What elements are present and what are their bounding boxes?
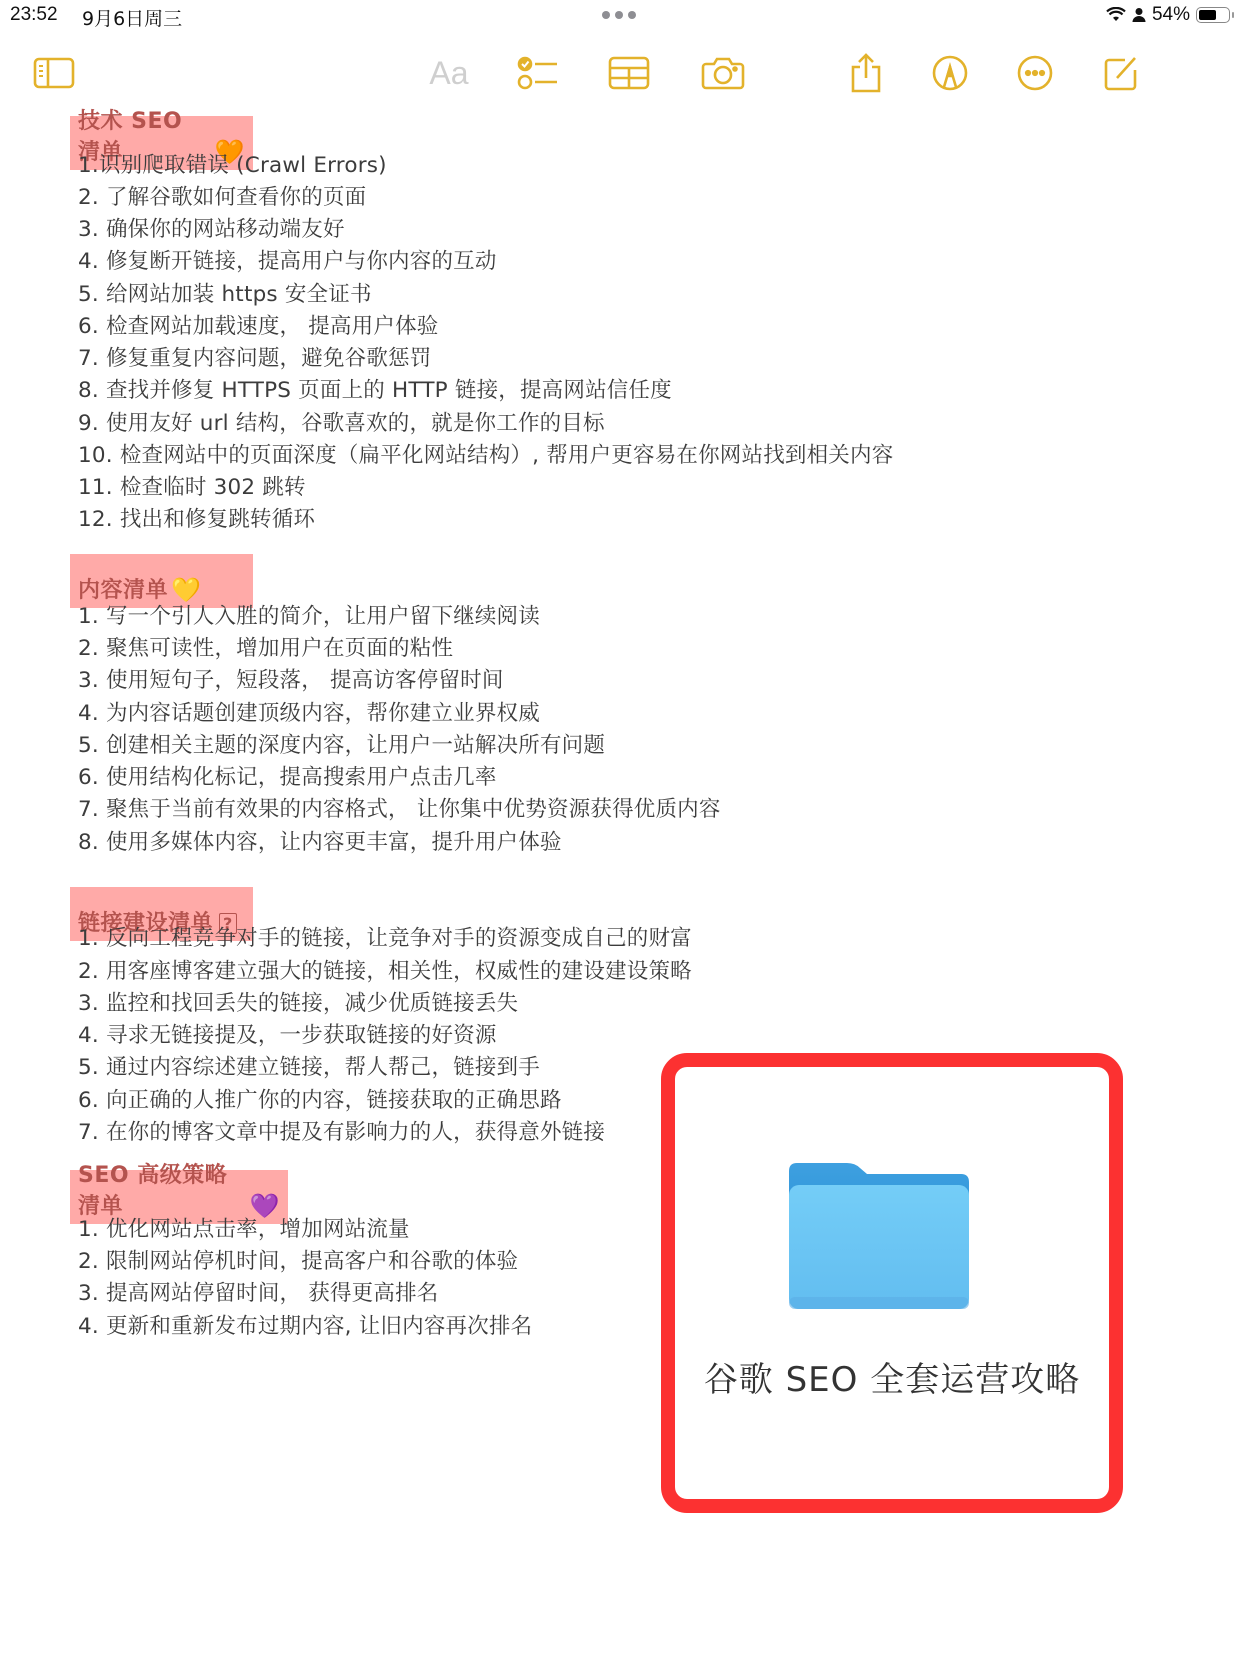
share-icon: [848, 53, 884, 93]
list-item: 12. 找出和修复跳转循环: [78, 504, 315, 536]
status-indicators: 54%: [1106, 4, 1230, 26]
more-button[interactable]: [1010, 48, 1060, 98]
list-item: 4. 更新和重新发布过期内容, 让旧内容再次排名: [78, 1311, 532, 1343]
compose-button[interactable]: [1097, 48, 1147, 98]
list-item: 7. 在你的博客文章中提及有影响力的人，获得意外链接: [78, 1117, 605, 1149]
yellow-heart-icon: 💛: [171, 576, 201, 604]
notes-toolbar: Aa: [0, 48, 1242, 98]
attachment-title: 谷歌 SEO 全套运营攻略: [675, 1352, 1109, 1401]
list-item: 3. 使用短句子，短段落， 提高访客停留时间: [78, 665, 504, 697]
list-item: 2. 了解谷歌如何查看你的页面: [78, 182, 366, 214]
list-item: 4. 修复断开链接，提高用户与你内容的互动: [78, 246, 497, 278]
table-icon: [608, 56, 650, 90]
list-item: 5. 创建相关主题的深度内容，让用户一站解决所有问题: [78, 730, 605, 762]
battery-icon: [1196, 7, 1230, 23]
section-heading-content: 内容清单💛: [70, 554, 253, 608]
multitasking-dots[interactable]: [602, 11, 636, 19]
list-item: 7. 修复重复内容问题，避免谷歌惩罚: [78, 343, 431, 375]
list-item: 4. 寻求无链接提及，一步获取链接的好资源: [78, 1020, 497, 1052]
checklist-icon: [517, 55, 561, 91]
list-item: 5. 通过内容综述建立链接，帮人帮己，链接到手: [78, 1052, 540, 1084]
markup-button[interactable]: [925, 48, 975, 98]
list-item: 4. 为内容话题创建顶级内容，帮你建立业界权威: [78, 698, 540, 730]
pen-tip-icon: [931, 54, 969, 92]
list-item: 9. 使用友好 url 结构，谷歌喜欢的，就是你工作的目标: [78, 408, 605, 440]
checklist-button[interactable]: [514, 48, 564, 98]
list-item: 1.识别爬取错误 (Crawl Errors): [78, 150, 387, 182]
format-button[interactable]: Aa: [424, 48, 474, 98]
sidebar-icon: [33, 57, 75, 89]
status-time: 23:52: [10, 4, 58, 26]
list-item: 6. 向正确的人推广你的内容，链接获取的正确思路: [78, 1085, 562, 1117]
camera-icon: [701, 56, 745, 90]
wifi-icon: [1106, 7, 1126, 23]
list-item: 2. 限制网站停机时间，提高客户和谷歌的体验: [78, 1246, 518, 1278]
person-icon: [1132, 7, 1146, 23]
camera-button[interactable]: [698, 48, 748, 98]
folder-icon: [789, 1159, 969, 1311]
list-item: 6. 使用结构化标记，提高搜索用户点击几率: [78, 762, 497, 794]
list-item: 6. 检查网站加载速度， 提高用户体验: [78, 311, 438, 343]
sidebar-toggle-button[interactable]: [29, 48, 79, 98]
list-item: 3. 提高网站停留时间， 获得更高排名: [78, 1278, 438, 1310]
list-item: 10. 检查网站中的页面深度（扁平化网站结构）, 帮用户更容易在你网站找到相关内…: [78, 440, 893, 472]
list-item: 7. 聚焦于当前有效果的内容格式， 让你集中优势资源获得优质内容: [78, 794, 721, 826]
folder-attachment-card[interactable]: 谷歌 SEO 全套运营攻略: [661, 1053, 1123, 1513]
list-item: 5. 给网站加装 https 安全证书: [78, 279, 372, 311]
battery-percent: 54%: [1152, 4, 1190, 26]
list-item: 11. 检查临时 302 跳转: [78, 472, 306, 504]
share-button[interactable]: [841, 48, 891, 98]
status-date: 9月6日周三: [82, 4, 182, 31]
list-item: 1. 优化网站点击率，增加网站流量: [78, 1214, 410, 1246]
compose-icon: [1103, 54, 1141, 92]
list-item: 2. 用客座博客建立强大的链接，相关性，权威性的建设建设策略: [78, 956, 692, 988]
list-item: 1. 反向工程竞争对手的链接，让竞争对手的资源变成自己的财富: [78, 923, 692, 955]
table-button[interactable]: [604, 48, 654, 98]
ellipsis-circle-icon: [1016, 54, 1054, 92]
status-bar: 23:52 9月6日周三 54%: [0, 0, 1242, 34]
list-item: 8. 查找并修复 HTTPS 页面上的 HTTP 链接，提高网站信任度: [78, 375, 672, 407]
list-item: 2. 聚焦可读性，增加用户在页面的粘性: [78, 633, 453, 665]
list-item: 3. 监控和找回丢失的链接，减少优质链接丢失: [78, 988, 518, 1020]
list-item: 8. 使用多媒体内容，让内容更丰富，提升用户体验: [78, 827, 562, 859]
list-item: 3. 确保你的网站移动端友好: [78, 214, 345, 246]
list-item: 1. 写一个引人入胜的简介，让用户留下继续阅读: [78, 601, 540, 633]
